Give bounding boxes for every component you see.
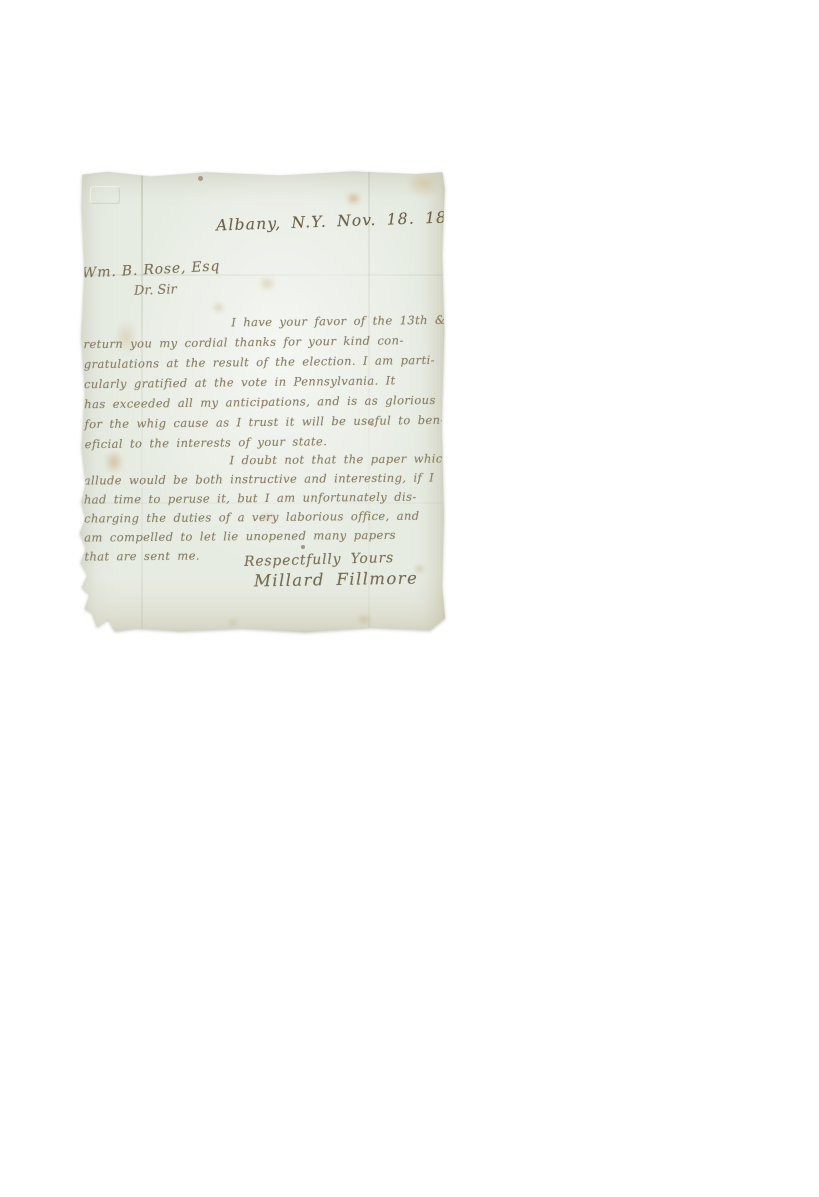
letter-salutation: Dr. Sir — [134, 282, 177, 298]
letter-paragraph-2: I doubt not that the paper which you all… — [84, 449, 441, 566]
foxing-stain — [356, 614, 372, 625]
foxing-stain — [258, 276, 276, 291]
letter-closing: Respectfully Yours — [244, 550, 394, 570]
letter-paper: Albany, N.Y. Nov. 18. 1848. Wm. B. Rose,… — [78, 170, 445, 632]
handwritten-line: am compelled to let lie unopened many pa… — [84, 525, 440, 547]
ink-speck — [198, 176, 203, 181]
foxing-stain — [346, 192, 361, 205]
letter-recipient: Wm. B. Rose, Esq — [82, 258, 221, 281]
embossed-stamp — [90, 186, 120, 204]
letter-signature: Millard Fillmore — [254, 569, 418, 591]
letter-scan: Albany, N.Y. Nov. 18. 1848. Wm. B. Rose,… — [78, 170, 445, 632]
letter-paragraph-1: I have your favor of the 13th & return y… — [83, 310, 441, 454]
foxing-stain — [212, 302, 225, 313]
foxing-stain — [228, 618, 238, 627]
foxing-stain — [406, 170, 440, 198]
page-background: Albany, N.Y. Nov. 18. 1848. Wm. B. Rose,… — [0, 0, 819, 1197]
letter-dateline: Albany, N.Y. Nov. 18. 1848. — [216, 207, 476, 234]
